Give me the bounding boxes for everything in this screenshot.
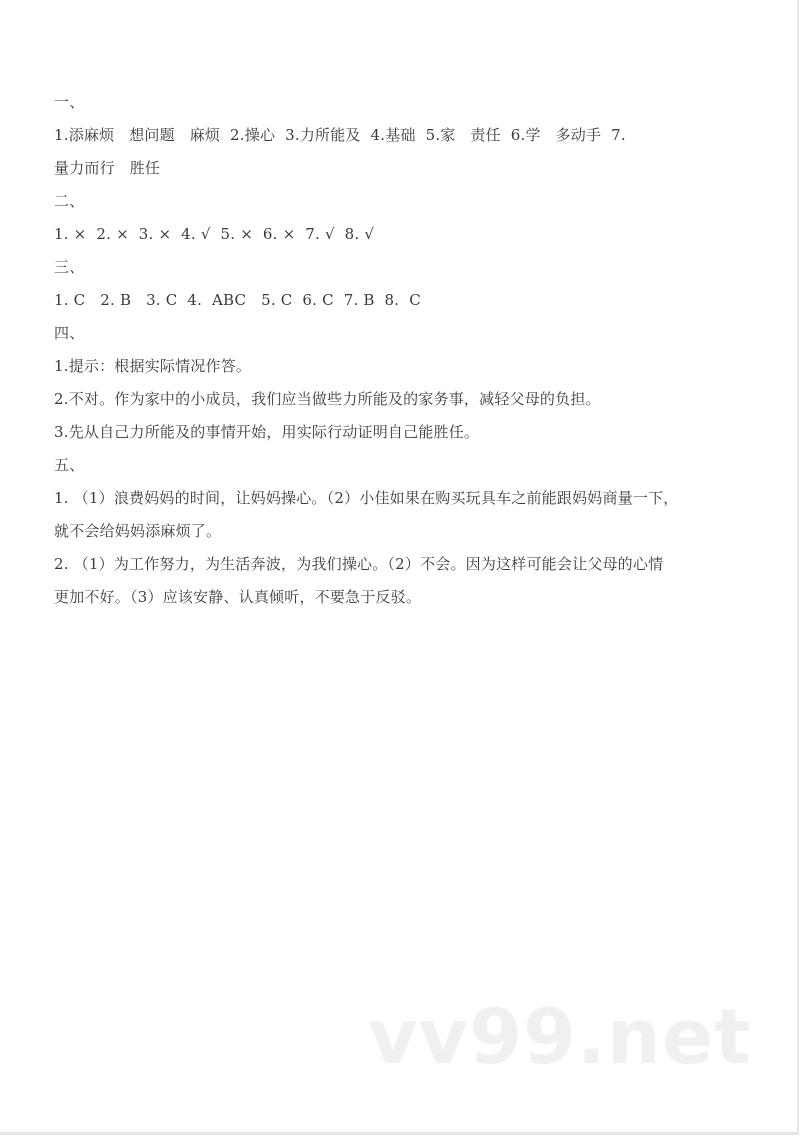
section-2: 二、 1. × 2. × 3. × 4. √ 5. × 6. × 7. √ 8.… bbox=[54, 185, 754, 251]
answer-line: 2. （1）为工作努力，为生活奔波，为我们操心。（2）不会。因为这样可能会让父母… bbox=[54, 548, 754, 581]
section-heading: 一、 bbox=[54, 86, 754, 119]
answer-line: 1.添麻烦 想问题 麻烦 2.操心 3.力所能及 4.基础 5.家 责任 6.学… bbox=[54, 119, 754, 152]
section-heading: 五、 bbox=[54, 449, 754, 482]
answer-line: 就不会给妈妈添麻烦了。 bbox=[54, 515, 754, 548]
document-page: 一、 1.添麻烦 想问题 麻烦 2.操心 3.力所能及 4.基础 5.家 责任 … bbox=[0, 0, 799, 1135]
answer-line: 1. × 2. × 3. × 4. √ 5. × 6. × 7. √ 8. √ bbox=[54, 218, 754, 251]
section-4: 四、 1.提示：根据实际情况作答。 2.不对。作为家中的小成员，我们应当做些力所… bbox=[54, 317, 754, 449]
section-5: 五、 1. （1）浪费妈妈的时间，让妈妈操心。（2）小佳如果在购买玩具车之前能跟… bbox=[54, 449, 754, 614]
watermark: vv99.net bbox=[368, 992, 752, 1081]
section-3: 三、 1. C 2. B 3. C 4. ABC 5. C 6. C 7. B … bbox=[54, 251, 754, 317]
section-heading: 四、 bbox=[54, 317, 754, 350]
answer-line: 2.不对。作为家中的小成员，我们应当做些力所能及的家务事，减轻父母的负担。 bbox=[54, 383, 754, 416]
section-1: 一、 1.添麻烦 想问题 麻烦 2.操心 3.力所能及 4.基础 5.家 责任 … bbox=[54, 86, 754, 185]
answer-line: 1. （1）浪费妈妈的时间，让妈妈操心。（2）小佳如果在购买玩具车之前能跟妈妈商… bbox=[54, 482, 754, 515]
answer-line: 1.提示：根据实际情况作答。 bbox=[54, 350, 754, 383]
answer-content: 一、 1.添麻烦 想问题 麻烦 2.操心 3.力所能及 4.基础 5.家 责任 … bbox=[54, 86, 754, 614]
section-heading: 二、 bbox=[54, 185, 754, 218]
answer-line: 量力而行 胜任 bbox=[54, 152, 754, 185]
answer-line: 更加不好。（3）应该安静、认真倾听，不要急于反驳。 bbox=[54, 581, 754, 614]
section-heading: 三、 bbox=[54, 251, 754, 284]
answer-line: 1. C 2. B 3. C 4. ABC 5. C 6. C 7. B 8. … bbox=[54, 284, 754, 317]
answer-line: 3.先从自己力所能及的事情开始，用实际行动证明自己能胜任。 bbox=[54, 416, 754, 449]
